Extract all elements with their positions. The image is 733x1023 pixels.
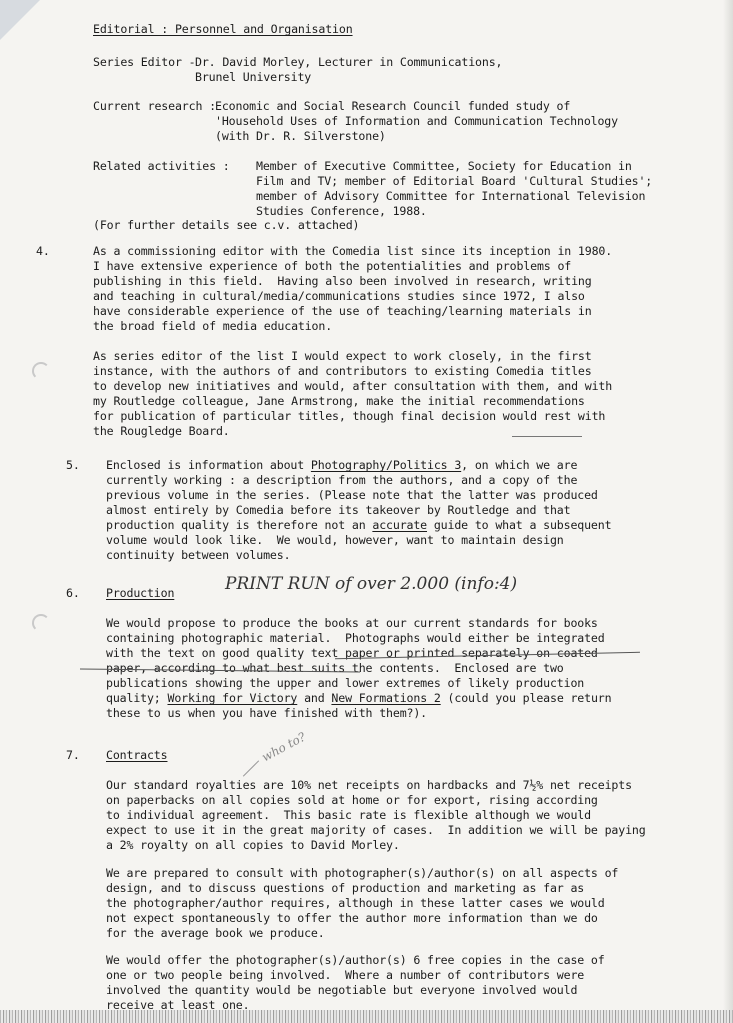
section-title: Editorial : Personnel and Organisation — [93, 22, 353, 37]
paragraph-line: almost entirely by Comedia before its ta… — [106, 503, 570, 518]
related-line: Member of Executive Committee, Society f… — [256, 159, 632, 174]
paragraph-line: these to us when you have finished with … — [106, 706, 427, 721]
section-number: 4. — [36, 244, 50, 259]
paragraph-line: previous volume in the series. (Please n… — [106, 488, 598, 503]
paragraph-line: have considerable experience of the use … — [93, 304, 592, 319]
research-line: (with Dr. R. Silverstone) — [215, 129, 386, 144]
paragraph-line: quality; Working for Victory and New For… — [106, 691, 611, 706]
paragraph-line: and teaching in cultural/media/communica… — [93, 289, 585, 304]
paragraph-line: production quality is therefore not an a… — [106, 518, 611, 533]
paragraph-line: continuity between volumes. — [106, 548, 290, 563]
punch-hole-icon — [32, 614, 50, 632]
paragraph-line: on paperbacks on all copies sold at home… — [106, 793, 598, 808]
paragraph-line: expect to use it in the great majority o… — [106, 823, 646, 838]
paragraph-line: to individual agreement. This basic rate… — [106, 808, 591, 823]
section-heading: Production — [106, 586, 174, 601]
paragraph-line: for publication of particular titles, th… — [93, 409, 605, 424]
research-line: Economic and Social Research Council fun… — [215, 99, 570, 114]
paragraph-line: We would propose to produce the books at… — [106, 616, 598, 631]
book-title: New Formations 2 — [331, 691, 440, 705]
paragraph-line: the Rougledge Board. — [93, 424, 230, 439]
paragraph-line: design, and to discuss questions of prod… — [106, 881, 584, 896]
paragraph-line: to develop new initiatives and would, af… — [93, 379, 612, 394]
paragraph-line: the broad field of media education. — [93, 319, 332, 334]
arrow-icon — [243, 760, 259, 776]
paragraph-line: We would offer the photographer(s)/autho… — [106, 953, 605, 968]
research-label: Current research : — [93, 99, 216, 114]
series-editor-affiliation: Brunel University — [195, 70, 311, 85]
paragraph-line: We are prepared to consult with photogra… — [106, 866, 618, 881]
paragraph-line: involved the quantity would be negotiabl… — [106, 983, 577, 998]
paragraph-line: containing photographic material. Photog… — [106, 631, 605, 646]
series-editor-name: Dr. David Morley, Lecturer in Communicat… — [195, 55, 502, 70]
paragraph-line: publications showing the upper and lower… — [106, 676, 584, 691]
paragraph-line: instance, with the authors of and contri… — [93, 364, 592, 379]
book-title: Working for Victory — [167, 691, 297, 705]
handwritten-note: who to? — [259, 730, 308, 765]
scan-artifact-strip — [0, 1010, 733, 1023]
paragraph-line: publishing in this field. Having also be… — [93, 274, 592, 289]
paragraph-line: my Routledge colleague, Jane Armstrong, … — [93, 394, 585, 409]
paragraph-line: for the average book we produce. — [106, 926, 325, 941]
section-number: 5. — [66, 458, 80, 473]
paragraph-line: Our standard royalties are 10% net recei… — [106, 778, 632, 793]
section-number: 6. — [66, 586, 80, 601]
paragraph-line: Enclosed is information about Photograph… — [106, 458, 577, 473]
paragraph-line: not expect spontaneously to offer the au… — [106, 911, 598, 926]
page-edge — [723, 0, 733, 1023]
pen-mark — [512, 436, 582, 437]
document-page: Editorial : Personnel and Organisation S… — [0, 0, 733, 1023]
handwritten-note: PRINT RUN of over 2.000 (info:4) — [225, 574, 517, 594]
section-number: 7. — [66, 748, 80, 763]
paragraph-line: volume would look like. We would, howeve… — [106, 533, 564, 548]
cv-note: (For further details see c.v. attached) — [93, 218, 359, 233]
book-title: Photography/Politics 3 — [311, 458, 461, 472]
related-line: member of Advisory Committee for Interna… — [256, 189, 645, 204]
paragraph-line: As series editor of the list I would exp… — [93, 349, 592, 364]
series-editor-label: Series Editor - — [93, 55, 195, 70]
paragraph-line: a 2% royalty on all copies to David Morl… — [106, 838, 400, 853]
paragraph-line: the photographer/author requires, althou… — [106, 896, 605, 911]
paragraph-line: As a commissioning editor with the Comed… — [93, 244, 612, 259]
paragraph-line: I have extensive experience of both the … — [93, 259, 571, 274]
research-line: 'Household Uses of Information and Commu… — [215, 114, 618, 129]
section-heading: Contracts — [106, 748, 167, 763]
paragraph-line: currently working : a description from t… — [106, 473, 577, 488]
related-line: Film and TV; member of Editorial Board '… — [256, 174, 652, 189]
related-label: Related activities : — [93, 159, 230, 174]
paragraph-line: one or two people being involved. Where … — [106, 968, 584, 983]
paragraph-line: paper, according to what best suits the … — [106, 661, 564, 676]
related-line: Studies Conference, 1988. — [256, 204, 427, 219]
folded-corner — [0, 0, 40, 40]
punch-hole-icon — [32, 362, 50, 380]
